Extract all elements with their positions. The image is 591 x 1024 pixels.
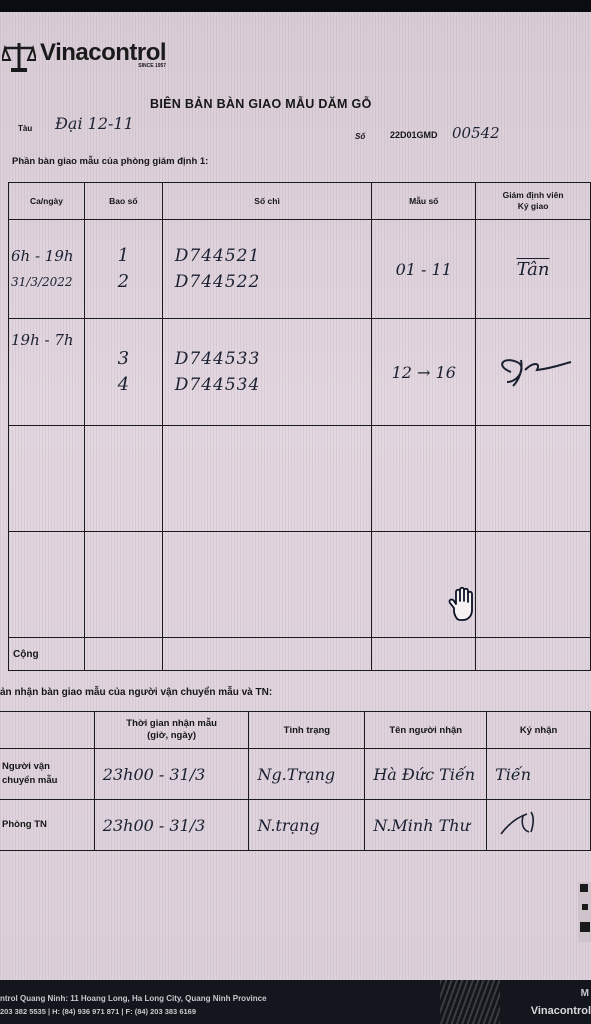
col-ca-ngay: Ca/ngày: [9, 183, 85, 220]
signature-scribble: [487, 808, 547, 838]
mau-so-cell: 01 - 11: [372, 220, 476, 319]
table-row: 19h - 7h 3 4 D744533 D744534 12 → 16: [9, 319, 591, 426]
col-ky-nhan: Ký nhận: [487, 712, 591, 749]
document-title: BIÊN BẢN BÀN GIAO MẪU DĂM GỖ: [150, 97, 372, 111]
qr-code: [578, 882, 591, 942]
seal-number: D744522: [175, 269, 372, 295]
footer-corner-text: M: [581, 988, 589, 999]
empty-cell: [84, 426, 162, 532]
time-cell: 23h00 - 31/3: [94, 749, 249, 800]
receipt-table: Thời gian nhận mẫu (giờ, ngày) Tình trạn…: [0, 711, 591, 851]
ky-giao-cell: [476, 319, 591, 426]
empty-cell: [162, 638, 372, 671]
date-text: 31/3/2022: [11, 269, 84, 295]
bag-number: 4: [85, 372, 162, 398]
row-label: Phòng TN: [0, 800, 94, 851]
receiver-name-cell: Hà Đức Tiến: [365, 749, 487, 800]
sample-range: 01 - 11: [396, 260, 452, 279]
seal-number: D744521: [175, 243, 372, 269]
signature: Tân: [517, 259, 550, 280]
sample-range: 12 → 16: [392, 363, 456, 382]
empty-cell: [476, 426, 591, 532]
shift-text: 6h - 19h: [11, 243, 84, 269]
row-label: Người vận chuyển mẫu: [0, 749, 94, 800]
section1-title: Phần bàn giao mẫu của phòng giám định 1:: [12, 156, 208, 167]
so-chi-cell: D744533 D744534: [162, 319, 372, 426]
col-tinh-trang: Tình trạng: [249, 712, 365, 749]
bao-so-cell: 3 4: [84, 319, 162, 426]
seal-number: D744533: [175, 346, 372, 372]
hand-cursor-icon: [446, 586, 480, 624]
empty-cell: [476, 532, 591, 638]
empty-cell: [372, 426, 476, 532]
status-cell: Ng.Trạng: [249, 749, 365, 800]
signature-cell: Tiến: [487, 749, 591, 800]
col-bao-so: Bao số: [84, 183, 162, 220]
document-page: Vinacontrol SINCE 1957 BIÊN BẢN BÀN GIAO…: [0, 12, 591, 980]
ca-ngay-cell: 19h - 7h: [9, 319, 85, 426]
bag-number: 1: [85, 243, 162, 269]
empty-cell: [84, 638, 162, 671]
shift-text: 19h - 7h: [11, 327, 84, 353]
table-row-empty: [9, 532, 591, 638]
monitor-bezel: [0, 0, 591, 12]
empty-cell: [372, 638, 476, 671]
number-handwritten: 00542: [452, 124, 500, 142]
handover-header-row: Ca/ngày Bao số Số chì Mẫu số Giám định v…: [9, 183, 591, 220]
col-ten-nguoi-nhan: Tên người nhận: [365, 712, 487, 749]
col-so-chi: Số chì: [162, 183, 372, 220]
number-printed: 22D01GMD: [390, 130, 438, 140]
handover-table: Ca/ngày Bao số Số chì Mẫu số Giám định v…: [8, 182, 591, 671]
receiver-name-cell: N.Minh Thư: [365, 800, 487, 851]
mau-so-cell: 12 → 16: [372, 319, 476, 426]
ca-ngay-cell: 6h - 19h 31/3/2022: [9, 220, 85, 319]
receipt-header-row: Thời gian nhận mẫu (giờ, ngày) Tình trạn…: [0, 712, 591, 749]
bao-so-cell: 1 2: [84, 220, 162, 319]
document-footer: ntrol Quang Ninh: 11 Hoang Long, Ha Long…: [0, 980, 591, 1024]
footer-decoration: [440, 980, 500, 1024]
scales-icon: [2, 40, 36, 74]
empty-cell: [9, 532, 85, 638]
signature-scribble: [493, 352, 573, 388]
empty-cell: [84, 532, 162, 638]
number-label: Số: [355, 132, 365, 141]
col-thoi-gian: Thời gian nhận mẫu (giờ, ngày): [94, 712, 249, 749]
bag-number: 2: [85, 269, 162, 295]
empty-cell: [9, 426, 85, 532]
footer-contacts: 203 382 5535 | H: (84) 936 971 871 | F: …: [0, 1007, 196, 1016]
col-mau-so: Mẫu số: [372, 183, 476, 220]
seal-number: D744534: [175, 372, 372, 398]
ky-giao-cell: Tân: [476, 220, 591, 319]
ship-value: Đại 12-11: [55, 114, 134, 133]
total-label: Cộng: [9, 638, 85, 671]
time-cell: 23h00 - 31/3: [94, 800, 249, 851]
empty-cell: [162, 532, 372, 638]
col-ky-giao: Giám định viên Ký giao: [476, 183, 591, 220]
section2-title: ản nhận bàn giao mẫu của người vận chuyể…: [0, 687, 272, 698]
empty-cell: [162, 426, 372, 532]
total-row: Cộng: [9, 638, 591, 671]
signature-cell: [487, 800, 591, 851]
col-empty: [0, 712, 94, 749]
bag-number: 3: [85, 346, 162, 372]
table-row: Người vận chuyển mẫu 23h00 - 31/3 Ng.Trạ…: [0, 749, 591, 800]
footer-address: ntrol Quang Ninh: 11 Hoang Long, Ha Long…: [0, 994, 267, 1003]
table-row-empty: [9, 426, 591, 532]
table-row: 6h - 19h 31/3/2022 1 2 D744521 D744522 0…: [9, 220, 591, 319]
vinacontrol-logo: Vinacontrol SINCE 1957: [2, 40, 166, 74]
footer-brand: Vinacontrol: [531, 1005, 591, 1017]
so-chi-cell: D744521 D744522: [162, 220, 372, 319]
status-cell: N.trạng: [249, 800, 365, 851]
empty-cell: [476, 638, 591, 671]
ship-label: Tàu: [18, 124, 32, 133]
table-row: Phòng TN 23h00 - 31/3 N.trạng N.Minh Thư: [0, 800, 591, 851]
